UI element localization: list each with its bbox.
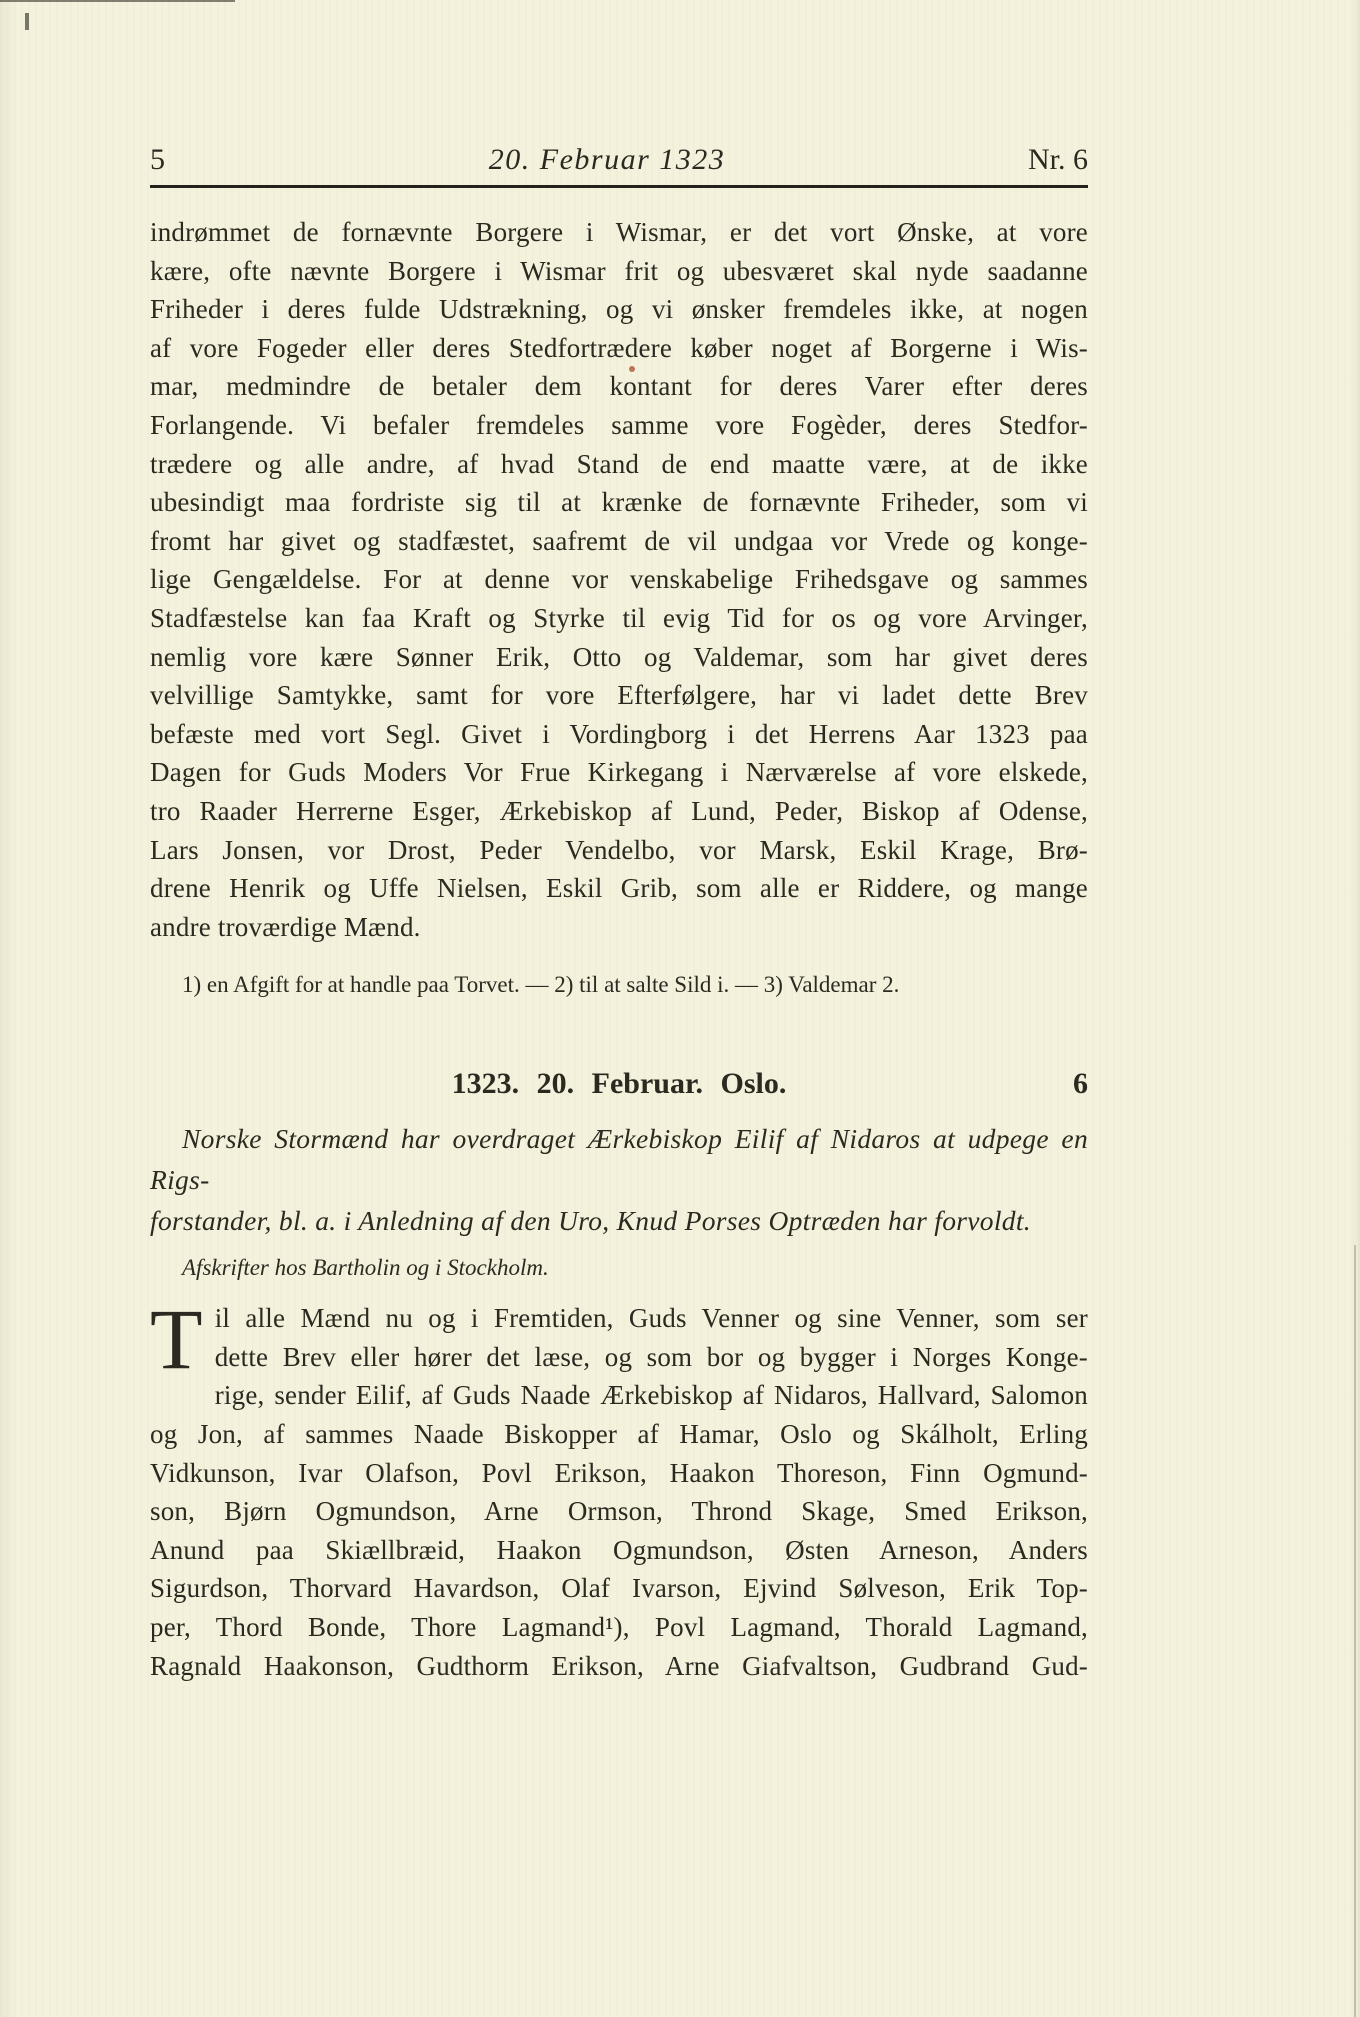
text-line: Dagen for Guds Moders Vor Frue Kirkegang… [150,753,1088,792]
page-number: 5 [150,140,210,180]
page-edge-shadow [1354,1245,1356,2017]
scan-edge-artifact [0,0,235,2]
text-line: rige, sender Eilif, af Guds Naade Ærkebi… [150,1376,1088,1415]
text-line: mar, medmindre de betaler dem kontant fo… [150,367,1088,406]
text-line: Vidkunson, Ivar Olafson, Povl Erikson, H… [150,1454,1088,1493]
text-line: andre troværdige Mænd. [150,908,1088,947]
text-line: Friheder i deres fulde Udstrækning, og v… [150,290,1088,329]
text-line: dette Brev eller hører det læse, og som … [150,1338,1088,1377]
running-title-date: 20. Februar 1323 [489,140,726,180]
document-6-heading: 1323. 20. Februar. Oslo. 6 [150,1064,1088,1104]
text-line: Ragnald Haakonson, Gudthorm Erikson, Arn… [150,1647,1088,1686]
text-line: lige Gengældelse. For at denne vor vensk… [150,560,1088,599]
text-line: indrømmet de fornævnte Borgere i Wismar,… [150,213,1088,252]
running-header: 5 20. Februar 1323 Nr. 6 [150,140,1088,188]
document-6-source-note: Afskrifter hos Bartholin og i Stockholm. [150,1253,1088,1283]
document-5-body: indrømmet de fornævnte Borgere i Wismar,… [150,213,1088,946]
document-6-heading-text: 1323. 20. Februar. Oslo. [452,1067,787,1100]
text-line: velvillige Samtykke, samt for vore Efter… [150,676,1088,715]
document-6-body-lines: il alle Mænd nu og i Fremtiden, Guds Ven… [150,1299,1088,1685]
text-line: forstander, bl. a. i Anledning af den Ur… [150,1200,1088,1241]
document-6-number: 6 [1073,1064,1088,1104]
text-line: ubesindigt maa fordriste sig til at kræn… [150,483,1088,522]
document-6-body: T il alle Mænd nu og i Fremtiden, Guds V… [150,1299,1088,1685]
text-line: drene Henrik og Uffe Nielsen, Eskil Grib… [150,869,1088,908]
scan-mark-artifact [25,13,29,30]
document-6-summary: Norske Stormænd har overdraget Ærkebisko… [150,1118,1088,1241]
text-line: Norske Stormænd har overdraget Ærkebisko… [150,1118,1088,1200]
text-line: per, Thord Bonde, Thore Lagmand¹), Povl … [150,1608,1088,1647]
text-line: kære, ofte nævnte Borgere i Wismar frit … [150,252,1088,291]
text-line: Anund paa Skiællbræid, Haakon Ogmundson,… [150,1531,1088,1570]
text-line: tro Raader Herrerne Esger, Ærkebiskop af… [150,792,1088,831]
text-line: trædere og alle andre, af hvad Stand de … [150,445,1088,484]
text-block: 5 20. Februar 1323 Nr. 6 indrømmet de fo… [150,140,1088,1685]
text-line: befæste med vort Segl. Givet i Vordingbo… [150,715,1088,754]
scanned-book-page: 5 20. Februar 1323 Nr. 6 indrømmet de fo… [0,0,1360,2017]
text-line: af vore Fogeder eller deres Stedfortræde… [150,329,1088,368]
text-line: Sigurdson, Thorvard Havardson, Olaf Ivar… [150,1569,1088,1608]
text-line: il alle Mænd nu og i Fremtiden, Guds Ven… [150,1299,1088,1338]
text-line: Lars Jonsen, vor Drost, Peder Vendelbo, … [150,831,1088,870]
text-line: fromt har givet og stadfæstet, saafremt … [150,522,1088,561]
text-line: son, Bjørn Ogmundson, Arne Ormson, Thron… [150,1492,1088,1531]
text-line: nemlig vore kære Sønner Erik, Otto og Va… [150,638,1088,677]
drop-cap-letter: T [150,1301,203,1378]
document-5-footnote: 1) en Afgift for at handle paa Torvet. —… [150,970,1088,1000]
text-line: Forlangende. Vi befaler fremdeles samme … [150,406,1088,445]
entry-number-header: Nr. 6 [1028,140,1088,180]
text-line: og Jon, af sammes Naade Biskopper af Ham… [150,1415,1088,1454]
text-line: Stadfæstelse kan faa Kraft og Styrke til… [150,599,1088,638]
